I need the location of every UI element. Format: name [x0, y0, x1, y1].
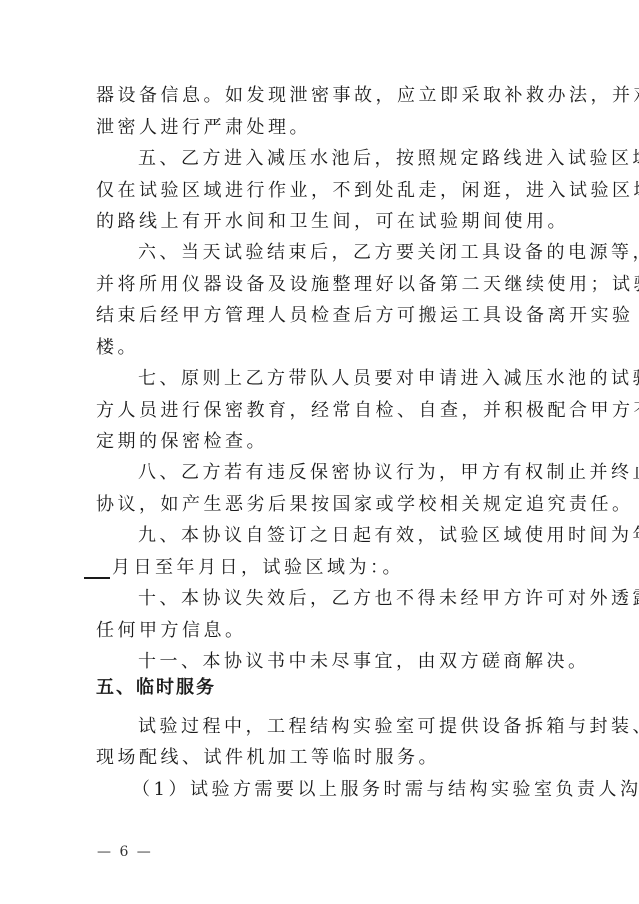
paragraph-line: 五、乙方进入减压水池后，按照规定路线进入试验区域，: [138, 148, 639, 170]
paragraph-line: 泄密人进行严肃处理。: [96, 117, 311, 139]
paragraph-line: 八、乙方若有违反保密协议行为，甲方有权制止并终止: [138, 462, 639, 484]
paragraph-line: 任何甲方信息。: [96, 620, 247, 642]
page-number: — 6 —: [97, 844, 153, 860]
paragraph-line: 仅在试验区域进行作业，不到处乱走，闲逛，进入试验区域: [96, 180, 639, 202]
paragraph-line: 六、当天试验结束后，乙方要关闭工具设备的电源等，: [138, 242, 639, 264]
paragraph-line: 试验过程中，工程结构实验室可提供设备拆箱与封装、: [138, 716, 639, 738]
paragraph-line: 九、本协议自签订之日起有效，试验区域使用时间为年: [138, 525, 639, 547]
paragraph-line: 协议，如产生恶劣后果按国家或学校相关规定追究责任。: [96, 494, 634, 516]
paragraph-line: （1）试验方需要以上服务时需与结构实验室负责人沟: [132, 779, 639, 801]
paragraph-line: 方人员进行保密教育，经常自检、自查，并积极配合甲方不: [96, 400, 639, 422]
paragraph-text: 月日至年月日，试验区域为：。: [112, 557, 404, 578]
paragraph-line: 七、原则上乙方带队人员要对申请进入减压水池的试验: [138, 368, 639, 390]
paragraph-line: 十一、本协议书中未尽事宜，由双方磋商解决。: [138, 651, 590, 673]
paragraph-line-with-blank: 月日至年月日，试验区域为：。: [96, 557, 404, 579]
paragraph-line: 现场配线、试件机加工等临时服务。: [96, 747, 440, 769]
section-heading: 五、临时服务: [96, 677, 216, 699]
paragraph-line: 并将所用仪器设备及设施整理好以备第二天继续使用；试验: [96, 274, 639, 296]
paragraph-line: 器设备信息。如发现泄密事故，应立即采取补救办法，并对: [96, 85, 639, 107]
fill-in-blank: [84, 563, 110, 579]
paragraph-line: 结束后经甲方管理人员检查后方可搬运工具设备离开实验: [96, 305, 634, 327]
paragraph-line: 楼。: [96, 337, 139, 359]
paragraph-line: 的路线上有开水间和卫生间，可在试验期间使用。: [96, 211, 569, 233]
paragraph-line: 十、本协议失效后，乙方也不得未经甲方许可对外透露: [138, 588, 639, 610]
paragraph-line: 定期的保密检查。: [96, 431, 268, 453]
